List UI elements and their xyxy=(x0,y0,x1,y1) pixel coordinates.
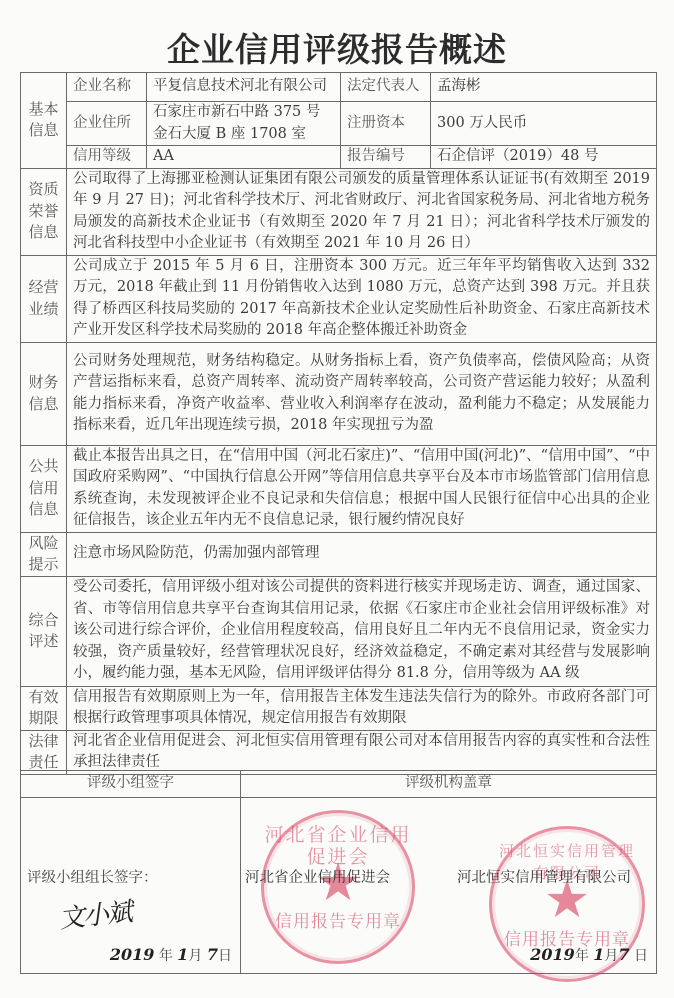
address-line-1: 石家庄市新石中路 375 号 xyxy=(153,102,334,124)
section-label-risk: 风险提示 xyxy=(21,532,67,576)
basic-section-text: 基本信息 xyxy=(28,99,60,142)
qualifications-text: 公司取得了上海挪亚检测认证集团有限公司颁发的质量管理体系认证证书(有效期至 20… xyxy=(67,168,657,255)
row-legal: 法律责任 河北省企业信用促进会、河北恒实信用管理有限公司对本信用报告内容的真实性… xyxy=(21,730,657,774)
row-address: 企业住所 石家庄市新石中路 375 号 金石大厦 B 座 1708 室 注册资本… xyxy=(21,102,657,146)
right-date-year: 2019 xyxy=(530,945,575,964)
sig-header-right: 评级机构盖章 xyxy=(241,771,657,798)
financial-label-text: 财务信息 xyxy=(28,372,60,415)
sig-header-left: 评级小组签字 xyxy=(21,771,241,798)
right-date: 2019年 1月7 日 xyxy=(530,944,648,968)
section-label-summary: 综合评述 xyxy=(21,576,67,686)
page-title: 企业信用评级报告概述 xyxy=(0,24,674,71)
right-date-month-suffix: 月 xyxy=(604,948,618,964)
section-label-performance: 经营业绩 xyxy=(21,255,67,342)
signature-table: 评级小组签字 评级机构盖章 评级小组组长签字： 文小斌 2019 年 1月 7日… xyxy=(20,770,657,974)
section-label-qualifications: 资质荣誉信息 xyxy=(21,168,67,255)
section-label-legal: 法律责任 xyxy=(21,730,67,774)
public-credit-text: 截止本报告出具之日，在“信用中国（河北石家庄)”、“信用中国(河北)”、“信用中… xyxy=(67,445,657,532)
sig-right-cell: 河北省企业信用促进会 ★ 信用报告专用章 河北恒实信用管理有限公司 ★ 信用报告… xyxy=(241,798,657,974)
value-legal-rep: 孟海彬 xyxy=(431,73,657,102)
left-date-year-suffix: 年 xyxy=(159,948,173,964)
org-association: 河北省企业信用促进会 xyxy=(245,868,390,890)
value-company-name: 平复信息技术河北有限公司 xyxy=(147,73,341,102)
value-registered-capital: 300 万人民币 xyxy=(431,102,657,146)
qualifications-label-text: 资质荣誉信息 xyxy=(28,179,60,244)
label-company-name: 企业名称 xyxy=(67,73,147,102)
row-validity: 有效期限 信用报告有效期原则上为一年，信用报告主体发生违法失信行为的除外。市政府… xyxy=(21,686,657,730)
label-report-number: 报告编号 xyxy=(341,146,431,169)
row-public-credit: 公共信用信息 截止本报告出具之日，在“信用中国（河北石家庄)”、“信用中国(河北… xyxy=(21,445,657,532)
section-label-validity: 有效期限 xyxy=(21,686,67,730)
financial-text: 公司财务处理规范，财务结构稳定。从财务指标上看，资产负债率高，偿债风险高；从资产… xyxy=(67,342,657,445)
risk-label-text: 风险提示 xyxy=(28,533,60,576)
leader-signature-label: 评级小组组长签字： xyxy=(27,868,158,890)
legal-text: 河北省企业信用促进会、河北恒实信用管理有限公司对本信用报告内容的真实性和合法性承… xyxy=(67,730,657,774)
left-date-day-suffix: 日 xyxy=(218,948,232,964)
handwritten-signature: 文小斌 xyxy=(58,902,132,931)
label-registered-capital: 注册资本 xyxy=(341,102,431,146)
legal-label-text: 法律责任 xyxy=(28,731,60,774)
label-address: 企业住所 xyxy=(67,102,147,146)
row-summary: 综合评述 受公司委托，信用评级小组对该公司提供的资料进行核实并现场走访、调查，通… xyxy=(21,576,657,686)
left-date-month: 1 xyxy=(177,945,188,964)
summary-text: 受公司委托，信用评级小组对该公司提供的资料进行核实并现场走访、调查，通过国家、省… xyxy=(67,576,657,686)
row-performance: 经营业绩 公司成立于 2015 年 5 月 6 日，注册资本 300 万元。近三… xyxy=(21,255,657,342)
row-company-name: 基本信息 企业名称 平复信息技术河北有限公司 法定代表人 孟海彬 xyxy=(21,73,657,102)
left-date-day: 7 xyxy=(207,945,218,964)
value-credit-grade: AA xyxy=(147,146,341,169)
value-report-number: 石企信评（2019）48 号 xyxy=(431,146,657,169)
address-line-2: 金石大厦 B 座 1708 室 xyxy=(153,124,334,146)
section-label-public-credit: 公共信用信息 xyxy=(21,445,67,532)
left-date: 2019 年 1月 7日 xyxy=(110,944,232,968)
validity-label-text: 有效期限 xyxy=(28,687,60,730)
right-date-day-suffix: 日 xyxy=(634,948,648,964)
left-date-month-suffix: 月 xyxy=(188,948,202,964)
risk-text: 注意市场风险防范，仍需加强内部管理 xyxy=(67,532,657,576)
performance-label-text: 经营业绩 xyxy=(28,277,60,320)
section-label-financial: 财务信息 xyxy=(21,342,67,445)
report-table: 基本信息 企业名称 平复信息技术河北有限公司 法定代表人 孟海彬 企业住所 石家… xyxy=(20,72,657,775)
sig-left-cell: 评级小组组长签字： 文小斌 2019 年 1月 7日 xyxy=(21,798,241,974)
performance-text: 公司成立于 2015 年 5 月 6 日，注册资本 300 万元。近三年年平均销… xyxy=(67,255,657,342)
label-legal-rep: 法定代表人 xyxy=(341,73,431,102)
public-credit-label-text: 公共信用信息 xyxy=(28,456,60,521)
section-label-basic: 基本信息 xyxy=(21,73,67,169)
value-address: 石家庄市新石中路 375 号 金石大厦 B 座 1708 室 xyxy=(147,102,341,146)
right-date-day: 7 xyxy=(618,945,629,964)
right-date-year-suffix: 年 xyxy=(575,948,589,964)
validity-text: 信用报告有效期原则上为一年，信用报告主体发生违法失信行为的除外。市政府各部门可根… xyxy=(67,686,657,730)
row-qualifications: 资质荣誉信息 公司取得了上海挪亚检测认证集团有限公司颁发的质量管理体系认证证书(… xyxy=(21,168,657,255)
right-date-month: 1 xyxy=(593,945,604,964)
label-credit-grade: 信用等级 xyxy=(67,146,147,169)
left-date-year: 2019 xyxy=(110,945,155,964)
stamp1-bottom-text: 信用报告专用章 xyxy=(264,912,412,934)
summary-label-text: 综合评述 xyxy=(28,610,60,653)
row-financial: 财务信息 公司财务处理规范，财务结构稳定。从财务指标上看，资产负债率高，偿债风险… xyxy=(21,342,657,445)
org-company: 河北恒实信用管理有限公司 xyxy=(457,868,631,890)
row-credit-grade: 信用等级 AA 报告编号 石企信评（2019）48 号 xyxy=(21,146,657,169)
row-risk: 风险提示 注意市场风险防范，仍需加强内部管理 xyxy=(21,532,657,576)
